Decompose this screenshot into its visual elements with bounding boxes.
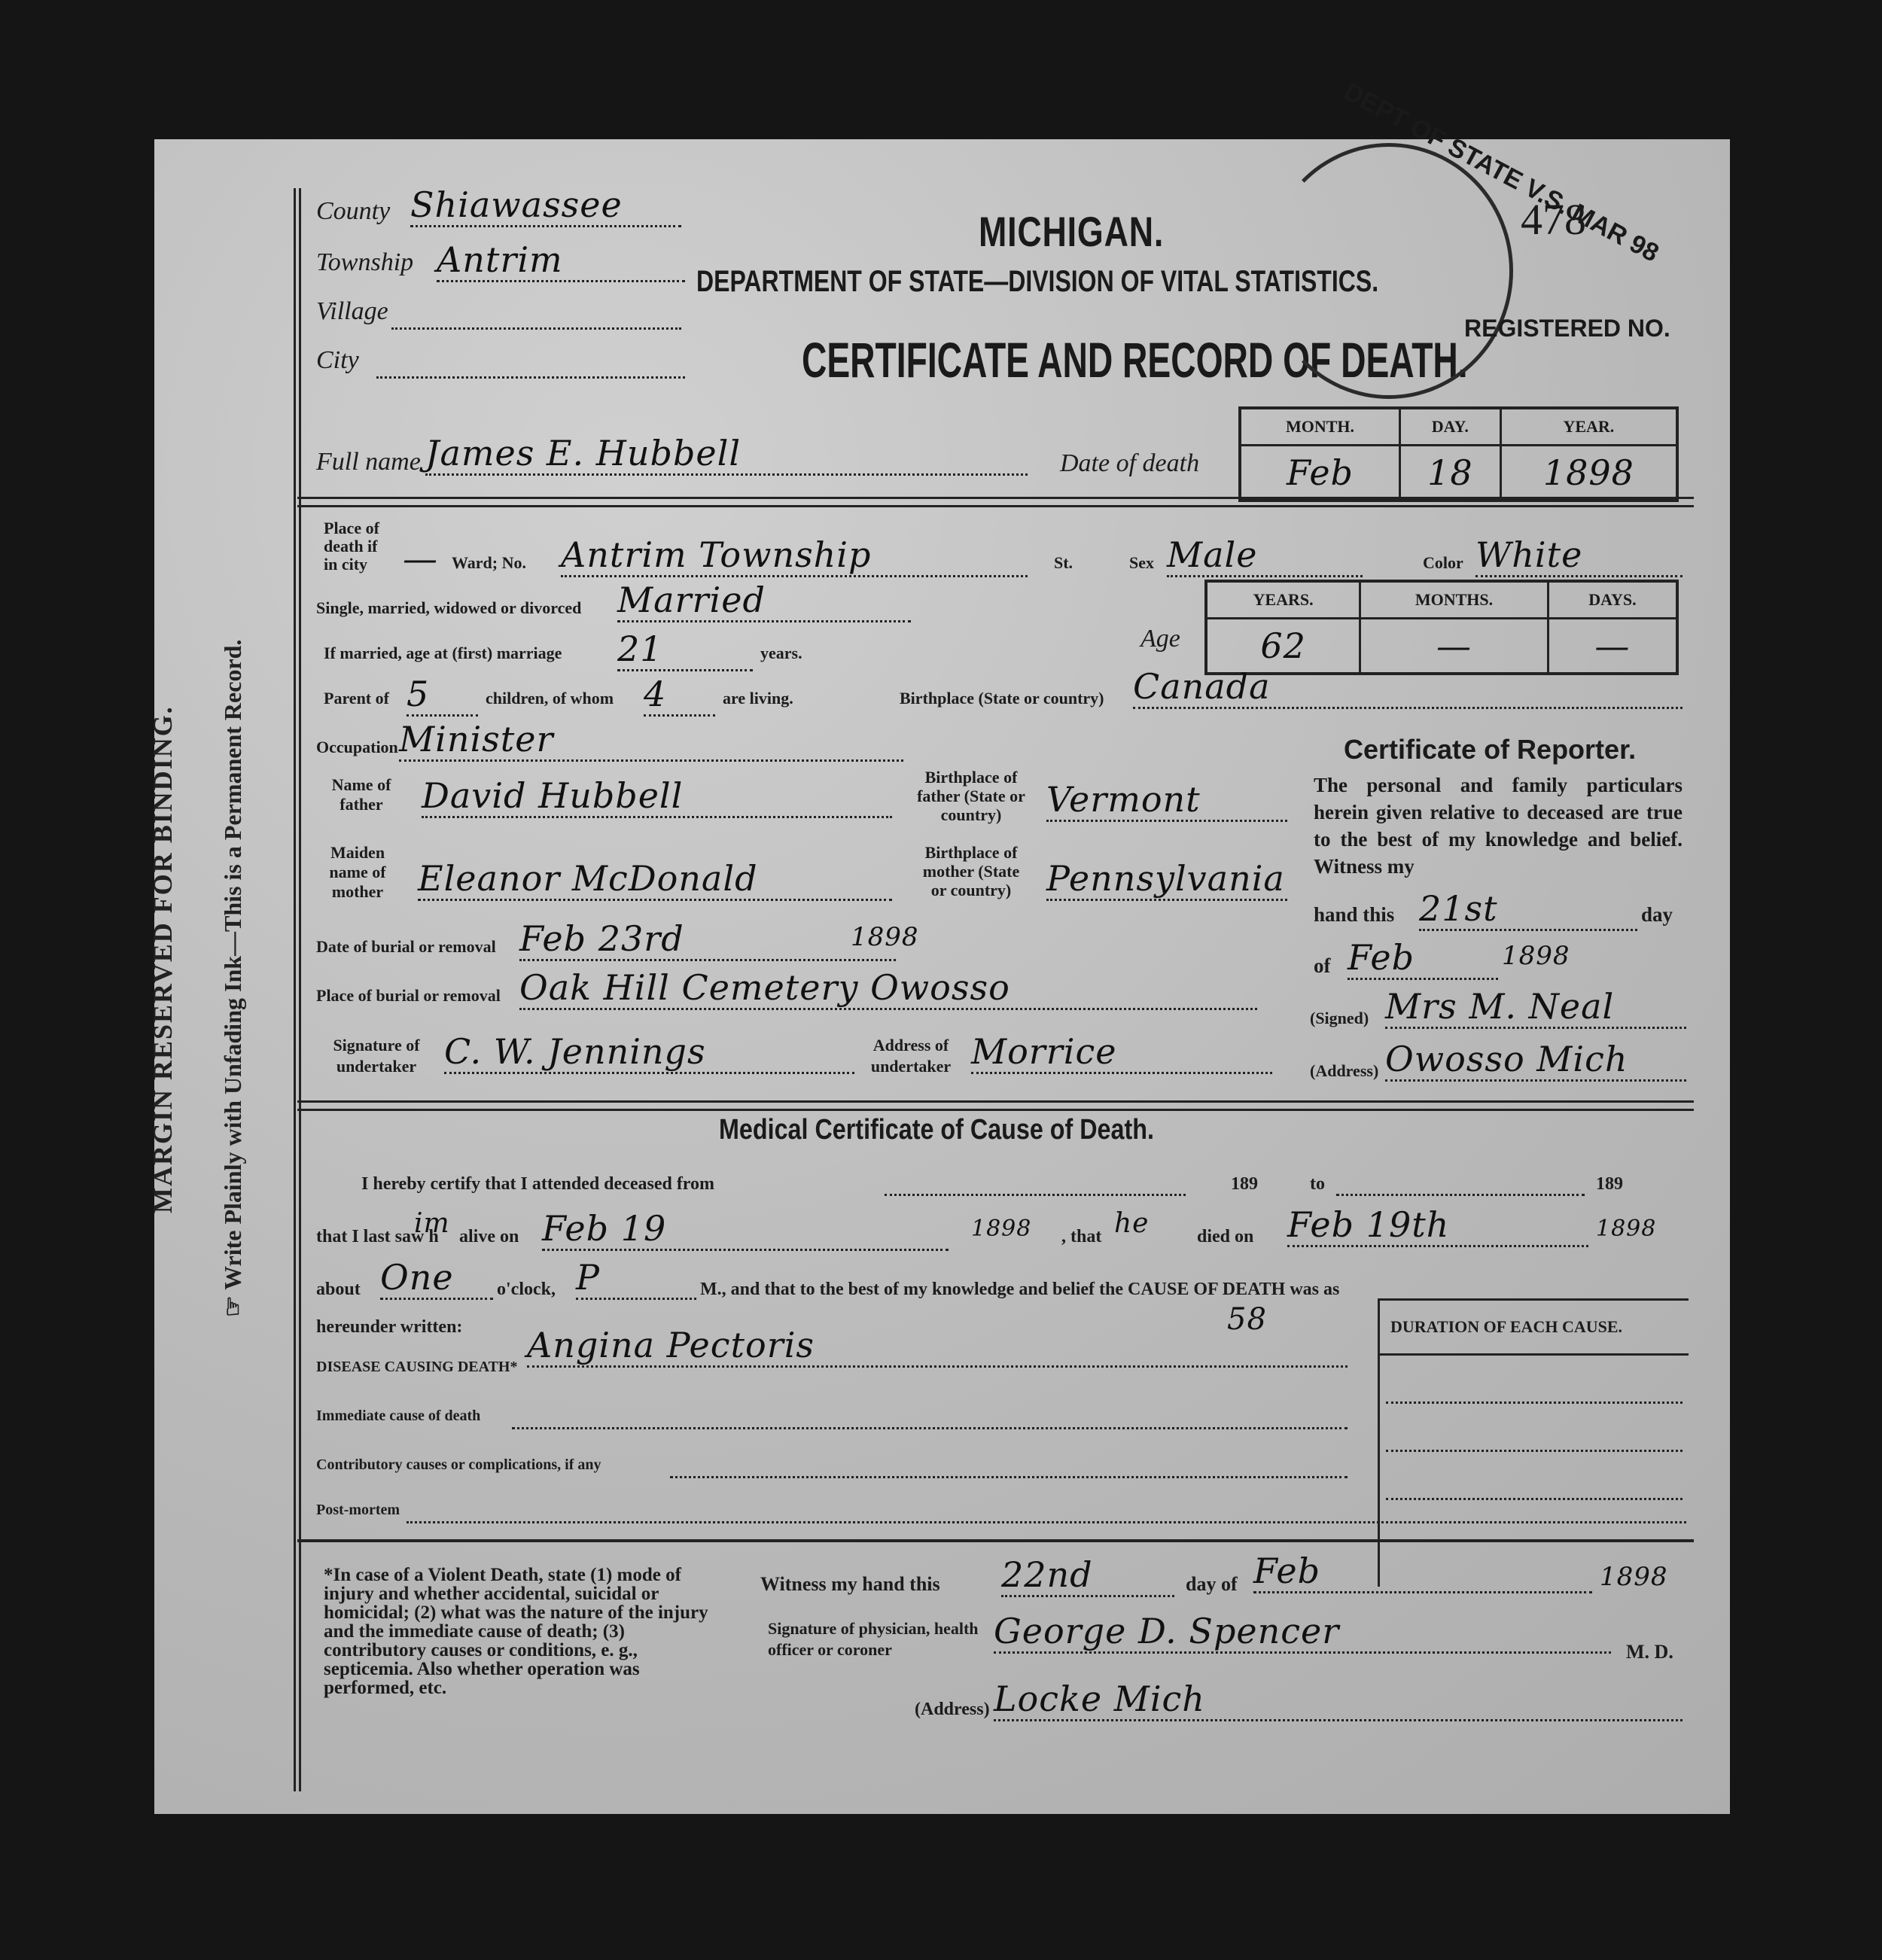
disease-code: 58 — [1227, 1302, 1267, 1337]
death-day: 18 — [1399, 446, 1500, 501]
that-text: , that — [1061, 1227, 1101, 1247]
md-label: M. D. — [1626, 1641, 1673, 1663]
state-title: MICHIGAN. — [979, 207, 1164, 256]
color-value: White — [1475, 534, 1683, 577]
children-label: children, of whom — [486, 689, 614, 708]
father-birthplace-value: Vermont — [1046, 779, 1287, 822]
burial-place-label: Place of burial or removal — [316, 986, 501, 1006]
reporter-year: 1898 — [1502, 941, 1570, 971]
sex-value: Male — [1167, 534, 1363, 577]
father-name-label: Name of father — [324, 775, 399, 814]
reporter-certificate-body: The personal and family particulars here… — [1314, 772, 1683, 880]
postmortem-label: Post-mortem — [316, 1502, 400, 1519]
occupation-label: Occupation — [316, 738, 398, 757]
year-header: YEAR. — [1500, 408, 1677, 446]
sex-label: Sex — [1129, 553, 1154, 573]
marital-status-label: Single, married, widowed or divorced — [316, 598, 581, 618]
days-header: DAYS. — [1548, 581, 1677, 619]
living-count: 4 — [644, 674, 715, 717]
violent-death-note: *In case of a Violent Death, state (1) m… — [324, 1566, 723, 1697]
mother-birthplace-label: Birthplace of mother (State or country) — [915, 843, 1028, 899]
death-hour: One — [380, 1257, 493, 1300]
reporter-day: 21st — [1419, 888, 1637, 931]
immediate-cause-field — [512, 1423, 1348, 1429]
color-label: Color — [1423, 553, 1463, 573]
day-of-label: day of — [1186, 1573, 1238, 1596]
marriage-age-value: 21 — [617, 628, 753, 671]
physician-signature: George D. Spencer — [994, 1611, 1611, 1654]
section-rule — [297, 497, 1694, 507]
marriage-age-label: If married, age at (first) marriage — [324, 644, 562, 663]
physician-address-label: (Address) — [915, 1700, 990, 1720]
registered-number: 478 — [1521, 194, 1586, 245]
st-label: St. — [1054, 553, 1073, 573]
undertaker-address: Morrice — [971, 1031, 1272, 1074]
children-count: 5 — [407, 674, 478, 717]
oclock-text: o'clock, — [497, 1280, 556, 1300]
township-label: Township — [316, 248, 413, 277]
margin-reserved-text: MARGIN RESERVED FOR BINDING. — [147, 452, 178, 1468]
age-months: — — [1360, 619, 1549, 674]
duration-field-2 — [1386, 1445, 1683, 1452]
living-label: are living. — [723, 689, 793, 708]
months-header: MONTHS. — [1360, 581, 1549, 619]
reporter-address-label: (Address) — [1310, 1061, 1378, 1081]
medical-section-rule — [297, 1100, 1694, 1111]
registered-label: REGISTERED NO. — [1464, 315, 1670, 342]
footer-rule — [297, 1539, 1694, 1542]
mother-maiden-name-value: Eleanor McDonald — [418, 858, 892, 901]
last-seen-date: Feb 19 — [542, 1208, 949, 1251]
died-on-date: Feb 19th — [1287, 1204, 1588, 1247]
parent-of-label: Parent of — [324, 689, 389, 708]
physician-signature-label: Signature of physician, health officer o… — [768, 1618, 986, 1660]
attended-from-yr: 189 — [1231, 1174, 1258, 1195]
death-year: 1898 — [1500, 446, 1677, 501]
burial-year: 1898 — [851, 922, 919, 952]
village-field — [391, 320, 681, 330]
street-value: Antrim Township — [561, 534, 1028, 577]
burial-date-label: Date of burial or removal — [316, 937, 496, 957]
last-seen-year: 1898 — [971, 1216, 1031, 1242]
mother-birthplace-value: Pennsylvania — [1046, 858, 1287, 901]
undertaker-address-label: Address of undertaker — [866, 1035, 956, 1077]
margin-instruction-text: ☞ Write Plainly with Unfading Ink—This i… — [218, 452, 247, 1505]
reporter-certificate-title: Certificate of Reporter. — [1344, 734, 1636, 765]
city-label: City — [316, 346, 359, 375]
burial-date-value: Feb 23rd — [519, 918, 896, 961]
contributory-label: Contributory causes or complications, if… — [316, 1456, 601, 1474]
death-month: Feb — [1240, 446, 1399, 501]
reporter-hand-label: hand this — [1314, 903, 1394, 927]
cause-intro-text: M., and that to the best of my knowledge… — [700, 1280, 1339, 1300]
undertaker-signature: C. W. Jennings — [444, 1031, 854, 1074]
village-label: Village — [316, 297, 388, 326]
contributory-field — [670, 1472, 1348, 1478]
county-value: Shiawassee — [410, 184, 681, 227]
meridian-value: P — [576, 1257, 696, 1300]
age-days: — — [1548, 619, 1677, 674]
pronoun-he: he — [1114, 1208, 1150, 1239]
date-of-death-table: MONTH. DAY. YEAR. Feb 18 1898 — [1238, 406, 1679, 502]
immediate-cause-label: Immediate cause of death — [316, 1408, 480, 1425]
age-table: YEARS. MONTHS. DAYS. 62 — — — [1204, 580, 1679, 675]
attended-to-yr: 189 — [1596, 1174, 1623, 1195]
occupation-value: Minister — [399, 719, 903, 762]
left-border-rule — [294, 188, 301, 1791]
duration-field-3 — [1386, 1493, 1683, 1500]
died-on-year: 1898 — [1596, 1216, 1656, 1242]
disease-label: DISEASE CAUSING DEATH* — [316, 1359, 517, 1376]
age-years: 62 — [1206, 619, 1360, 674]
reporter-month: Feb — [1348, 937, 1498, 980]
pronoun-him: im — [414, 1208, 450, 1239]
medical-certificate-title: Medical Certificate of Cause of Death. — [719, 1114, 1154, 1146]
witness-year: 1898 — [1600, 1562, 1668, 1592]
duration-header: DURATION OF EACH CAUSE. — [1380, 1301, 1689, 1356]
reporter-of-label: of — [1314, 954, 1331, 978]
ward-label: Ward; No. — [452, 553, 526, 573]
attended-text: I hereby certify that I attended decease… — [361, 1174, 714, 1195]
witness-label: Witness my hand this — [760, 1573, 940, 1596]
township-value: Antrim — [437, 239, 685, 282]
birthplace-value: Canada — [1133, 666, 1683, 709]
father-name-value: David Hubbell — [422, 775, 892, 818]
county-label: County — [316, 197, 390, 226]
place-of-death-label: Place of death if in city — [324, 519, 391, 574]
duration-field-1 — [1386, 1397, 1683, 1404]
years-header: YEARS. — [1206, 581, 1360, 619]
disease-value: Angina Pectoris — [527, 1325, 1348, 1368]
alive-on-text: alive on — [459, 1227, 519, 1247]
years-label: years. — [760, 644, 802, 663]
attended-to-field — [1336, 1189, 1585, 1196]
physician-address: Locke Mich — [994, 1678, 1683, 1721]
reporter-signature: Mrs M. Neal — [1385, 986, 1686, 1029]
father-birthplace-label: Birthplace of father (State or country) — [915, 768, 1028, 824]
burial-place-value: Oak Hill Cemetery Owosso — [519, 967, 1257, 1010]
mother-maiden-name-label: Maiden name of mother — [320, 843, 395, 902]
died-on-text: died on — [1197, 1227, 1253, 1247]
witness-day: 22nd — [1001, 1554, 1174, 1597]
duration-column: DURATION OF EACH CAUSE. — [1378, 1298, 1689, 1587]
birthplace-label: Birthplace (State or country) — [900, 689, 1104, 708]
month-header: MONTH. — [1240, 408, 1399, 446]
attended-to-label: to — [1310, 1174, 1325, 1195]
age-label: Age — [1140, 625, 1180, 653]
full-name-value: James E. Hubbell — [425, 433, 1028, 476]
hereunder-text: hereunder written: — [316, 1317, 462, 1338]
reporter-day-label: day — [1641, 903, 1673, 927]
marital-status-value: Married — [617, 580, 911, 622]
attended-from-field — [885, 1189, 1186, 1196]
about-text: about — [316, 1280, 361, 1300]
reporter-address: Owosso Mich — [1385, 1039, 1686, 1082]
ward-value: — — [403, 538, 438, 579]
date-of-death-label: Date of death — [1060, 449, 1199, 478]
witness-month: Feb — [1253, 1551, 1592, 1593]
city-field — [376, 369, 685, 379]
full-name-label: Full name — [316, 448, 421, 476]
received-stamp-circle — [1265, 143, 1513, 399]
reporter-signed-label: (Signed) — [1310, 1009, 1369, 1028]
undertaker-signature-label: Signature of undertaker — [324, 1035, 429, 1077]
day-header: DAY. — [1399, 408, 1500, 446]
